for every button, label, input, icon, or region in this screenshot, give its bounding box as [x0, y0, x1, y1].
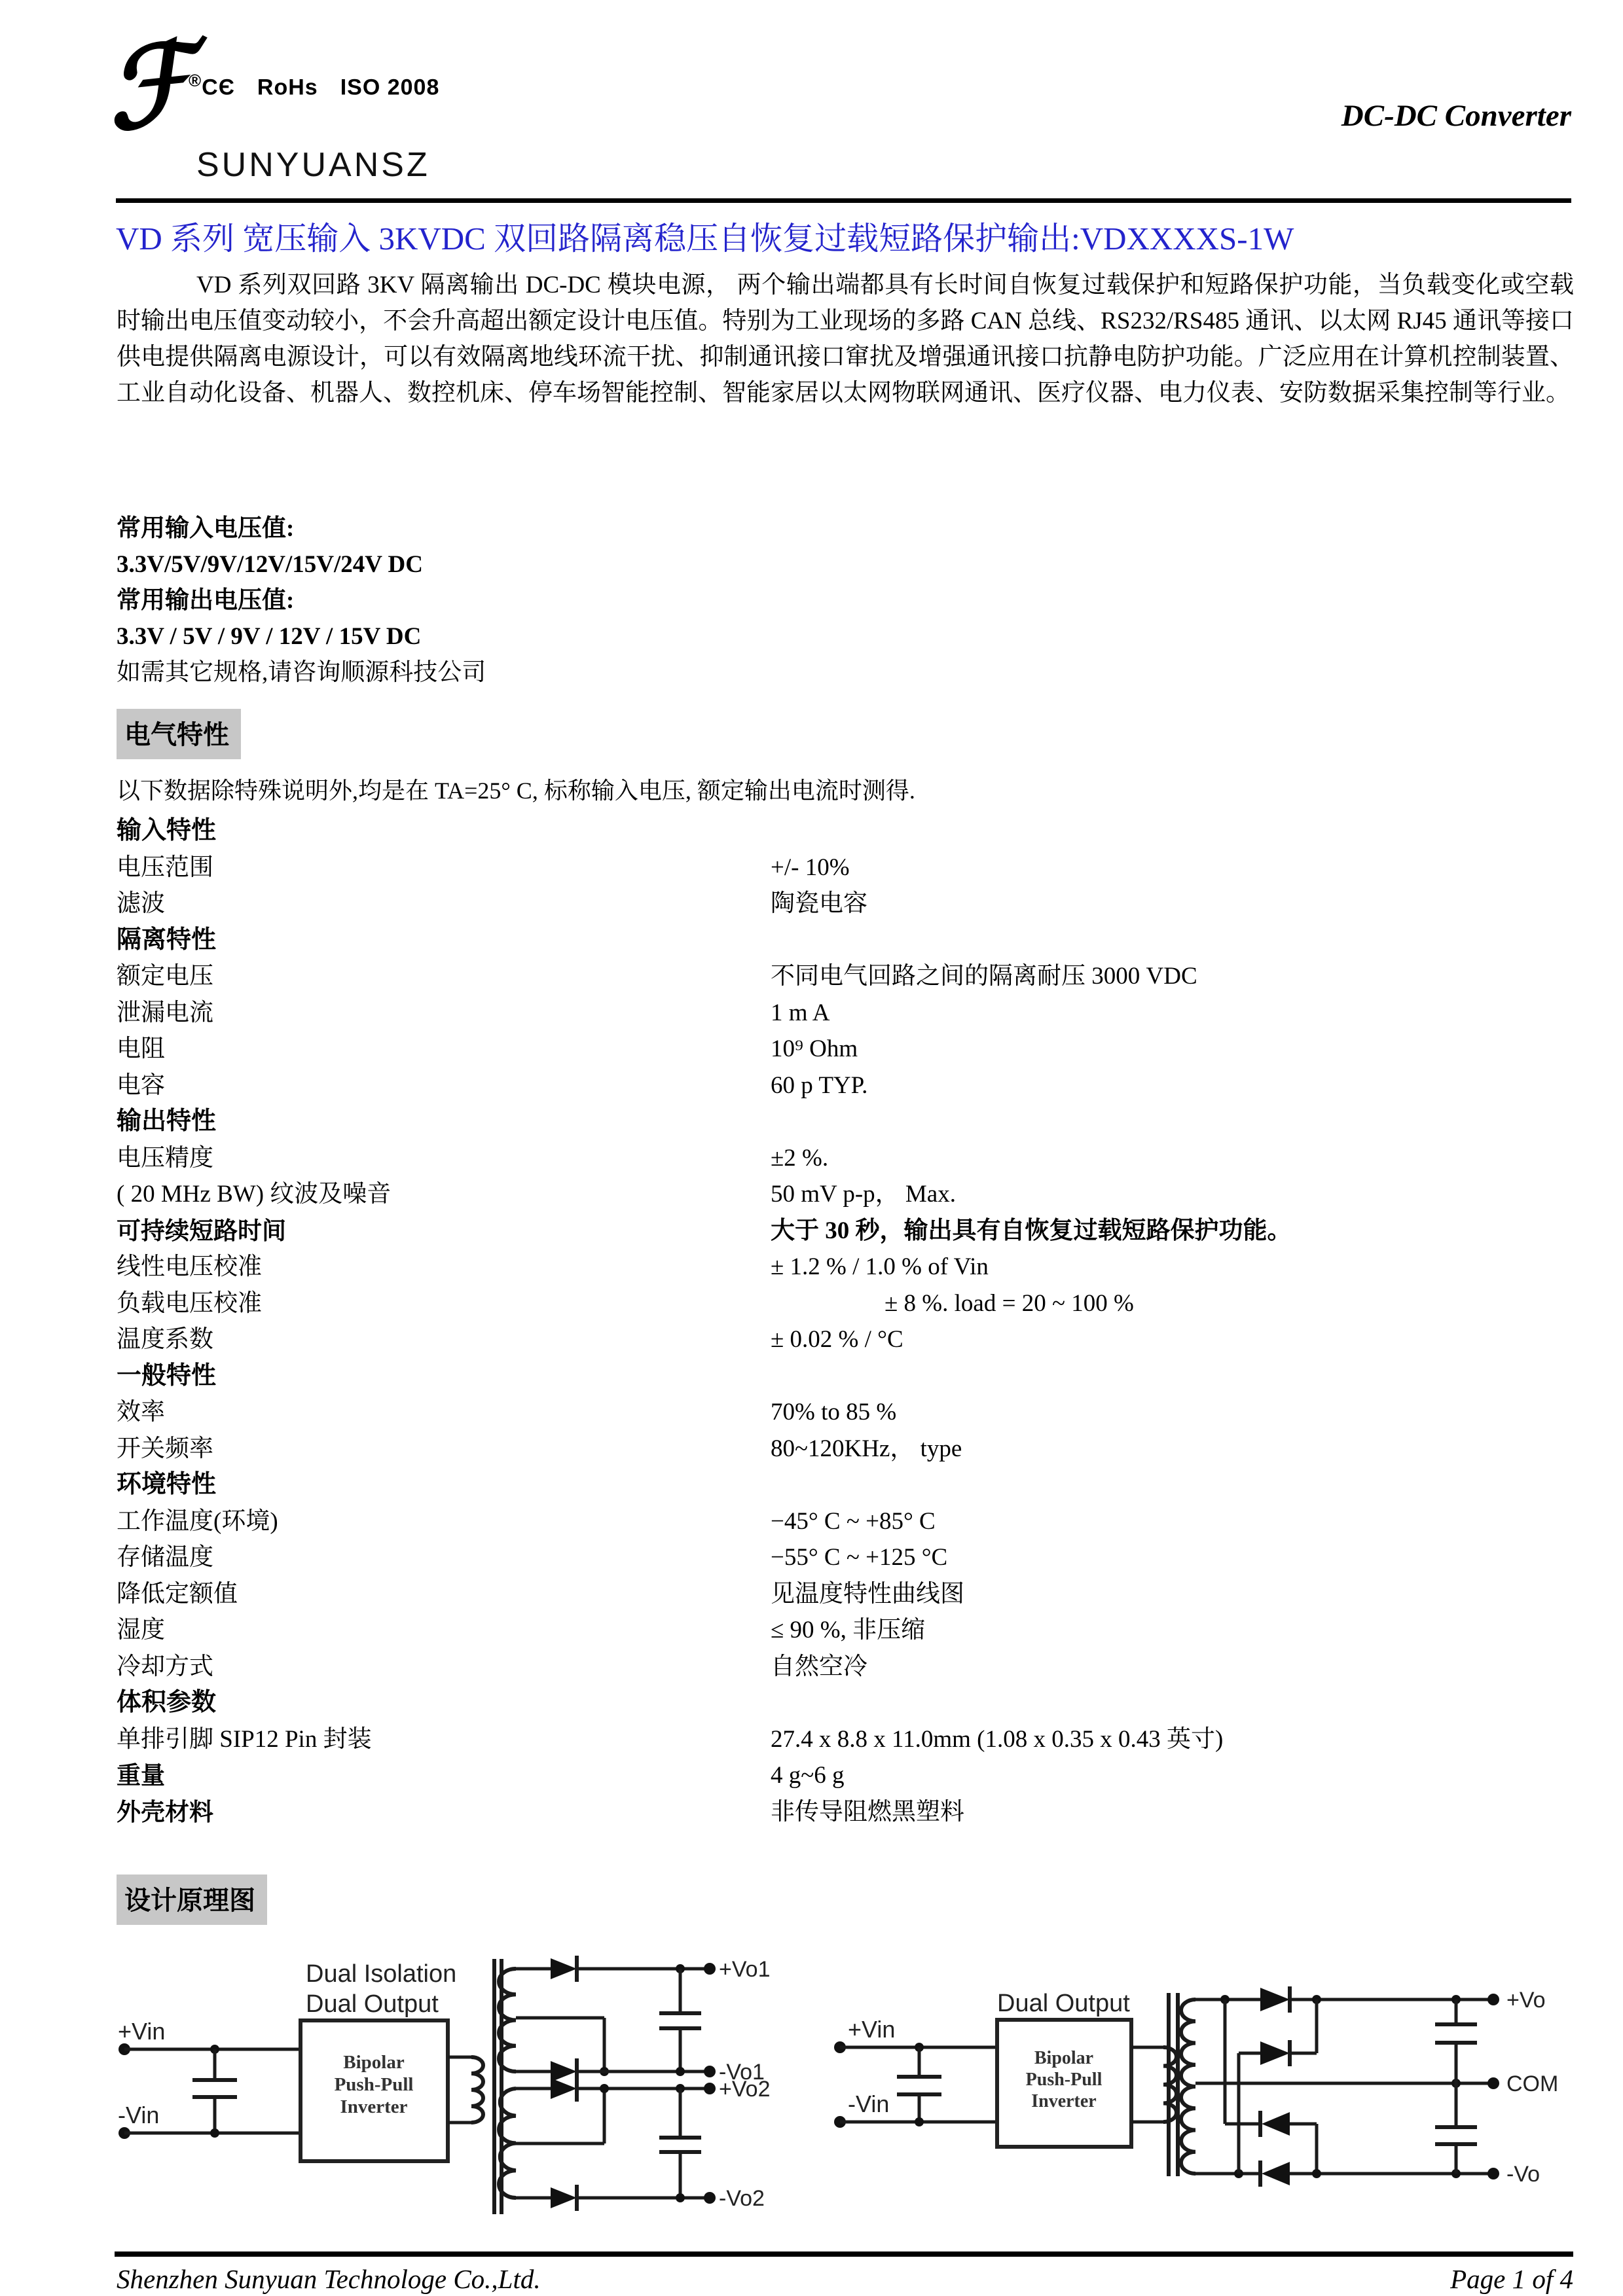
header-divider: [116, 198, 1571, 203]
diode-icon: [551, 2187, 577, 2208]
spec-value: 1 m A: [771, 995, 1577, 1031]
spec-value: [771, 1103, 1577, 1140]
spec-row: 电压精度 ±2 %.: [117, 1140, 1577, 1177]
diode-icon: [1260, 1988, 1290, 2011]
right-out-com-label: COM: [1506, 2072, 1558, 2096]
spec-section-header: 一般特性: [117, 1358, 1577, 1395]
diode-icon: [551, 2061, 577, 2082]
voltage-block: 常用输入电压值: 3.3V/5V/9V/12V/15V/24V DC 常用输出电…: [117, 511, 486, 691]
spec-row: 负载电压校准 ± 8 %. load = 20 ~ 100 %: [117, 1285, 1577, 1322]
left-box-line2: Push-Pull: [335, 2074, 414, 2095]
spec-row: 电阻 10⁹ Ohm: [117, 1031, 1577, 1067]
spec-value: 自然空冷: [771, 1649, 1577, 1685]
spec-label: 环境特性: [117, 1467, 771, 1503]
spec-value: 不同电气回路之间的隔离耐压 3000 VDC: [771, 958, 1577, 995]
spec-value: 80~120KHz， type: [771, 1431, 1577, 1467]
spec-value: 50 mV p-p， Max.: [771, 1176, 1577, 1213]
spec-row: 可持续短路时间 大于 30 秒，输出具有自恢复过载短路保护功能。: [117, 1213, 1577, 1249]
right-schematic-dual-output: Dual Output +Vin -Vin Bipolar Push-Pull …: [828, 1985, 1601, 2242]
spec-value: 大于 30 秒，输出具有自恢复过载短路保护功能。: [771, 1213, 1577, 1249]
left-out2-neg-label: -Vo2: [719, 2186, 765, 2211]
diode-icon: [1262, 2162, 1290, 2185]
registered-mark-icon: ®: [189, 71, 202, 90]
right-box-line1: Bipolar: [1034, 2048, 1093, 2068]
spec-value: −45° C ~ +85° C: [771, 1503, 1577, 1540]
spec-value: [771, 922, 1577, 959]
spec-label: 单排引脚 SIP12 Pin 封装: [117, 1721, 771, 1758]
spec-section-header: 环境特性: [117, 1467, 1577, 1503]
spec-row: 存储温度 −55° C ~ +125 °C: [117, 1539, 1577, 1576]
input-voltage-label: 常用输入电压值:: [117, 511, 486, 547]
input-voltage-values: 3.3V/5V/9V/12V/15V/24V DC: [117, 547, 486, 583]
spec-row: 额定电压 不同电气回路之间的隔离耐压 3000 VDC: [117, 958, 1577, 995]
footer-company: Shenzhen Sunyuan Technologe Co.,Ltd.: [117, 2263, 541, 2295]
spec-value: 陶瓷电容: [771, 886, 1577, 922]
spec-section-header: 隔离特性: [117, 922, 1577, 959]
spec-label: 效率: [117, 1394, 771, 1431]
spec-value: ± 0.02 % / °C: [771, 1321, 1577, 1358]
schematic-section-title: 设计原理图: [117, 1874, 267, 1925]
spec-section-header: 体积参数: [117, 1685, 1577, 1721]
doc-type-label: DC-DC Converter: [1341, 98, 1571, 134]
footer-page-number: Page 1 of 4: [1450, 2263, 1573, 2295]
spec-value: ± 8 %. load = 20 ~ 100 %: [771, 1285, 1577, 1322]
spec-label: 电容: [117, 1067, 771, 1104]
spec-row: 湿度 ≤ 90 %, 非压缩: [117, 1612, 1577, 1649]
spec-label: 一般特性: [117, 1358, 771, 1395]
left-box-line3: Inverter: [340, 2096, 407, 2117]
spec-label: 重量: [117, 1757, 771, 1794]
output-voltage-values: 3.3V / 5V / 9V / 12V / 15V DC: [117, 619, 486, 655]
spec-section-header: 输入特性: [117, 813, 1577, 850]
spec-label: 负载电压校准: [117, 1285, 771, 1322]
condition-note: 以下数据除特殊说明外,均是在 TA=25° C, 标称输入电压, 额定输出电流时…: [117, 772, 915, 806]
spec-value: +/- 10%: [771, 850, 1577, 886]
spec-value: ±2 %.: [771, 1140, 1577, 1177]
diode-icon: [551, 2078, 577, 2099]
intro-paragraph: VD 系列双回路 3KV 隔离输出 DC-DC 模块电源， 两个输出端都具有长时…: [117, 267, 1574, 411]
diode-icon: [551, 1958, 577, 1979]
right-vin-neg-label: -Vin: [848, 2090, 889, 2117]
brand-name: SUNYUANSZ: [196, 145, 430, 185]
left-schem-title-1: Dual Isolation: [306, 1960, 456, 1988]
spec-row: 降低定额值 见温度特性曲线图: [117, 1576, 1577, 1613]
spec-label: 电压范围: [117, 850, 771, 886]
other-spec-note: 如需其它规格,请咨询顺源科技公司: [117, 655, 486, 691]
spec-label: 工作温度(环境): [117, 1503, 771, 1540]
spec-label: 泄漏电流: [117, 995, 771, 1031]
spec-value: −55° C ~ +125 °C: [771, 1539, 1577, 1576]
spec-label: 存储温度: [117, 1539, 771, 1576]
spec-label: 湿度: [117, 1612, 771, 1649]
output-voltage-label: 常用输出电压值:: [117, 583, 486, 619]
right-schem-title: Dual Output: [997, 1990, 1130, 2017]
spec-label: 温度系数: [117, 1321, 771, 1358]
diode-icon: [1262, 2112, 1290, 2136]
transformer-primary-coil: [471, 2057, 483, 2123]
diode-icon: [1260, 2041, 1290, 2065]
spec-value: 非传导阻燃黑塑料: [771, 1794, 1577, 1831]
spec-row: 冷却方式 自然空冷: [117, 1649, 1577, 1685]
right-vin-pos-label: +Vin: [848, 2016, 895, 2043]
spec-row: 开关频率 80~120KHz， type: [117, 1431, 1577, 1467]
left-box-line1: Bipolar: [343, 2052, 405, 2073]
spec-value: [771, 1685, 1577, 1721]
spec-value: 4 g~6 g: [771, 1757, 1577, 1794]
right-box-line3: Inverter: [1031, 2091, 1097, 2111]
spec-label: 输出特性: [117, 1103, 771, 1140]
spec-row: 单排引脚 SIP12 Pin 封装 27.4 x 8.8 x 11.0mm (1…: [117, 1721, 1577, 1758]
footer-divider: [115, 2251, 1573, 2257]
spec-row: 效率 70% to 85 %: [117, 1394, 1577, 1431]
spec-row: 泄漏电流 1 m A: [117, 995, 1577, 1031]
spec-value: 70% to 85 %: [771, 1394, 1577, 1431]
left-out1-pos-label: +Vo1: [719, 1957, 770, 1982]
transformer-secondary-coil: [1181, 2000, 1195, 2174]
spec-value: 60 p TYP.: [771, 1067, 1577, 1104]
spec-value: [771, 813, 1577, 850]
certification-row: ®CЄRoHsISO 2008: [189, 71, 439, 100]
sunyuan-logo-icon: ℱ: [101, 27, 198, 146]
spec-label: 滤波: [117, 886, 771, 922]
left-schem-title-2: Dual Output: [306, 1990, 439, 2018]
spec-label: 外壳材料: [117, 1794, 771, 1831]
spec-value: 27.4 x 8.8 x 11.0mm (1.08 x 0.35 x 0.43 …: [771, 1721, 1577, 1758]
electrical-section-title: 电气特性: [117, 709, 241, 759]
spec-row: 电容 60 p TYP.: [117, 1067, 1577, 1104]
spec-table: 输入特性 电压范围 +/- 10% 滤波 陶瓷电容 隔离特性 额定电压 不同电气…: [117, 813, 1577, 1830]
spec-row: 线性电压校准 ± 1.2 % / 1.0 % of Vin: [117, 1249, 1577, 1285]
spec-label: 输入特性: [117, 813, 771, 850]
spec-label: 体积参数: [117, 1685, 771, 1721]
spec-label: 线性电压校准: [117, 1249, 771, 1285]
spec-label: 可持续短路时间: [117, 1213, 771, 1249]
spec-value: 10⁹ Ohm: [771, 1031, 1577, 1067]
spec-row: ( 20 MHz BW) 纹波及噪音 50 mV p-p， Max.: [117, 1176, 1577, 1213]
iso-label: ISO 2008: [340, 75, 440, 99]
spec-label: 电压精度: [117, 1140, 771, 1177]
spec-label: 额定电压: [117, 958, 771, 995]
spec-label: 隔离特性: [117, 922, 771, 959]
spec-value: 见温度特性曲线图: [771, 1576, 1577, 1613]
right-box-line2: Push-Pull: [1026, 2070, 1103, 2090]
rohs-label: RoHs: [257, 75, 318, 99]
spec-label: 降低定额值: [117, 1576, 771, 1613]
spec-row: 温度系数 ± 0.02 % / °C: [117, 1321, 1577, 1358]
spec-row: 电压范围 +/- 10%: [117, 850, 1577, 886]
datasheet-page: ℱ ®CЄRoHsISO 2008 SUNYUANSZ DC-DC Conver…: [0, 0, 1623, 2296]
ce-mark-icon: CЄ: [202, 75, 235, 99]
spec-label: 电阻: [117, 1031, 771, 1067]
spec-row: 重量 4 g~6 g: [117, 1757, 1577, 1794]
spec-section-header: 输出特性: [117, 1103, 1577, 1140]
spec-label: 冷却方式: [117, 1649, 771, 1685]
right-out-pos-label: +Vo: [1506, 1988, 1546, 2013]
spec-value: ≤ 90 %, 非压缩: [771, 1612, 1577, 1649]
spec-row: 工作温度(环境) −45° C ~ +85° C: [117, 1503, 1577, 1540]
left-vin-neg-label: -Vin: [118, 2102, 159, 2128]
left-vin-pos-label: +Vin: [118, 2018, 165, 2045]
spec-row: 外壳材料 非传导阻燃黑塑料: [117, 1794, 1577, 1831]
spec-value: [771, 1358, 1577, 1395]
spec-value: [771, 1467, 1577, 1503]
left-schematic-dual-isolation: Dual Isolation Dual Output +Vin -Vin Bip…: [56, 1956, 835, 2244]
spec-label: ( 20 MHz BW) 纹波及噪音: [117, 1176, 771, 1213]
page-title: VD 系列 宽压输入 3KVDC 双回路隔离稳压自恢复过载短路保护输出:VDXX…: [116, 213, 1582, 259]
spec-label: 开关频率: [117, 1431, 771, 1467]
spec-value: ± 1.2 % / 1.0 % of Vin: [771, 1249, 1577, 1285]
spec-row: 滤波 陶瓷电容: [117, 886, 1577, 922]
right-out-neg-label: -Vo: [1506, 2162, 1540, 2187]
left-out2-pos-label: +Vo2: [719, 2077, 770, 2102]
